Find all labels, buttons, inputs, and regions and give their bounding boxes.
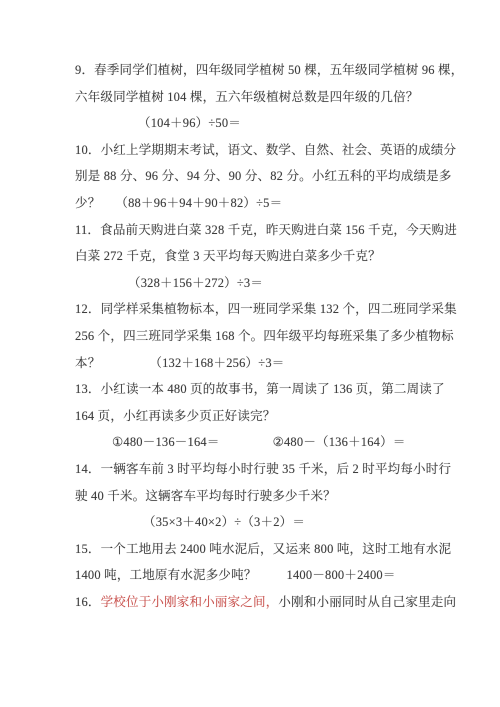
text-line: 14．一辆客车前 3 时平均每小时行驶 35 千米，后 2 时平均每小时行 — [75, 456, 442, 483]
text-gap — [100, 206, 115, 207]
text-segment: （328＋156＋272）÷3＝ — [128, 276, 263, 290]
text-gap — [257, 578, 287, 579]
text-segment: 别是 88 分、96 分、94 分、90 分、82 分。小红五科的平均成绩是多 — [75, 169, 452, 183]
text-segment: 1400 吨，工地原有水泥多少吨？ — [75, 568, 257, 582]
text-gap — [100, 366, 149, 367]
text-segment: 12．同学样采集植物标本，四一班同学采集 132 个，四二班同学采集 — [75, 302, 457, 316]
text-line: 六年级同学植树 104 棵，五六年级植树总数是四年级的几倍？ — [75, 84, 442, 111]
worksheet-page: 9．春季同学们植树，四年级同学植树 50 棵，五年级同学植树 96 棵，六年级同… — [0, 0, 500, 707]
worksheet-body: 9．春季同学们植树，四年级同学植树 50 棵，五年级同学植树 96 棵，六年级同… — [75, 57, 442, 615]
text-line: 别是 88 分、96 分、94 分、90 分、82 分。小红五科的平均成绩是多 — [75, 163, 442, 190]
text-line: 13．小红读一本 480 页的故事书，第一周读了 136 页，第二周读了 — [75, 376, 442, 403]
text-line: （104＋96）÷50＝ — [75, 110, 442, 137]
text-segment: 少？ — [75, 196, 100, 210]
text-line: 12．同学样采集植物标本，四一班同学采集 132 个，四二班同学采集 — [75, 296, 442, 323]
text-segment: （88＋96＋94＋90＋82）÷5＝ — [115, 196, 282, 210]
text-line: ①480－136－164＝②480－（136＋164）＝ — [75, 429, 442, 456]
text-line: 少？（88＋96＋94＋90＋82）÷5＝ — [75, 190, 442, 217]
text-line: 16．学校位于小刚家和小丽家之间，小刚和小丽同时从自己家里走向 — [75, 589, 442, 616]
text-line: （328＋156＋272）÷3＝ — [75, 270, 442, 297]
text-segment: 白菜 272 千克，食堂 3 天平均每天购进白菜多少千克？ — [75, 249, 381, 263]
text-segment: 14．一辆客车前 3 时平均每小时行驶 35 千米，后 2 时平均每小时行 — [75, 462, 451, 476]
text-line: （35×3＋40×2）÷（3＋2）＝ — [75, 509, 442, 536]
red-highlight-text: 学校位于小刚家和小丽家之间， — [101, 595, 279, 609]
text-line: 9．春季同学们植树，四年级同学植树 50 棵，五年级同学植树 96 棵， — [75, 57, 442, 84]
text-line: 10．小红上学期期末考试，语文、数学、自然、社会、英语的成绩分 — [75, 137, 442, 164]
text-line: 1400 吨，工地原有水泥多少吨？1400－800＋2400＝ — [75, 562, 442, 589]
text-segment: 15．一个工地用去 2400 吨水泥后，又运来 800 吨，这时工地有水泥 — [75, 542, 451, 556]
text-segment: （104＋96）÷50＝ — [138, 116, 241, 130]
text-segment: （35×3＋40×2）÷（3＋2）＝ — [143, 515, 305, 529]
text-segment: 六年级同学植树 104 棵，五六年级植树总数是四年级的几倍？ — [75, 90, 419, 104]
text-segment: 256 个，四三班同学采集 168 个。四年级平均每班采集了多少植物标 — [75, 329, 454, 343]
text-segment: 1400－800＋2400＝ — [287, 568, 396, 582]
text-line: 驶 40 千米。这辆客车平均每时行驶多少千米？ — [75, 483, 442, 510]
text-line: 256 个，四三班同学采集 168 个。四年级平均每班采集了多少植物标 — [75, 323, 442, 350]
text-segment: 9．春季同学们植树，四年级同学植树 50 棵，五年级同学植树 96 棵， — [75, 63, 463, 77]
text-segment: ①480－136－164＝ — [112, 435, 220, 449]
text-segment: 164 页，小红再读多少页正好读完？ — [75, 409, 275, 423]
text-segment: 13．小红读一本 480 页的故事书，第一周读了 136 页，第二周读了 — [75, 382, 445, 396]
text-segment: 本？ — [75, 356, 100, 370]
text-gap — [220, 445, 273, 446]
text-line: 白菜 272 千克，食堂 3 天平均每天购进白菜多少千克？ — [75, 243, 442, 270]
text-segment: ②480－（136＋164）＝ — [273, 435, 406, 449]
text-segment: 16． — [75, 595, 101, 609]
text-segment: 11．食品前天购进白菜 328 千克，昨天购进白菜 156 千克，今天购进 — [75, 223, 457, 237]
text-segment: （132＋168＋256）÷3＝ — [149, 356, 284, 370]
text-segment: 驶 40 千米。这辆客车平均每时行驶多少千米？ — [75, 489, 336, 503]
text-line: 本？（132＋168＋256）÷3＝ — [75, 350, 442, 377]
text-segment: 小刚和小丽同时从自己家里走向 — [278, 595, 456, 609]
text-line: 11．食品前天购进白菜 328 千克，昨天购进白菜 156 千克，今天购进 — [75, 217, 442, 244]
text-line: 15．一个工地用去 2400 吨水泥后，又运来 800 吨，这时工地有水泥 — [75, 536, 442, 563]
text-line: 164 页，小红再读多少页正好读完？ — [75, 403, 442, 430]
text-segment: 10．小红上学期期末考试，语文、数学、自然、社会、英语的成绩分 — [75, 143, 456, 157]
